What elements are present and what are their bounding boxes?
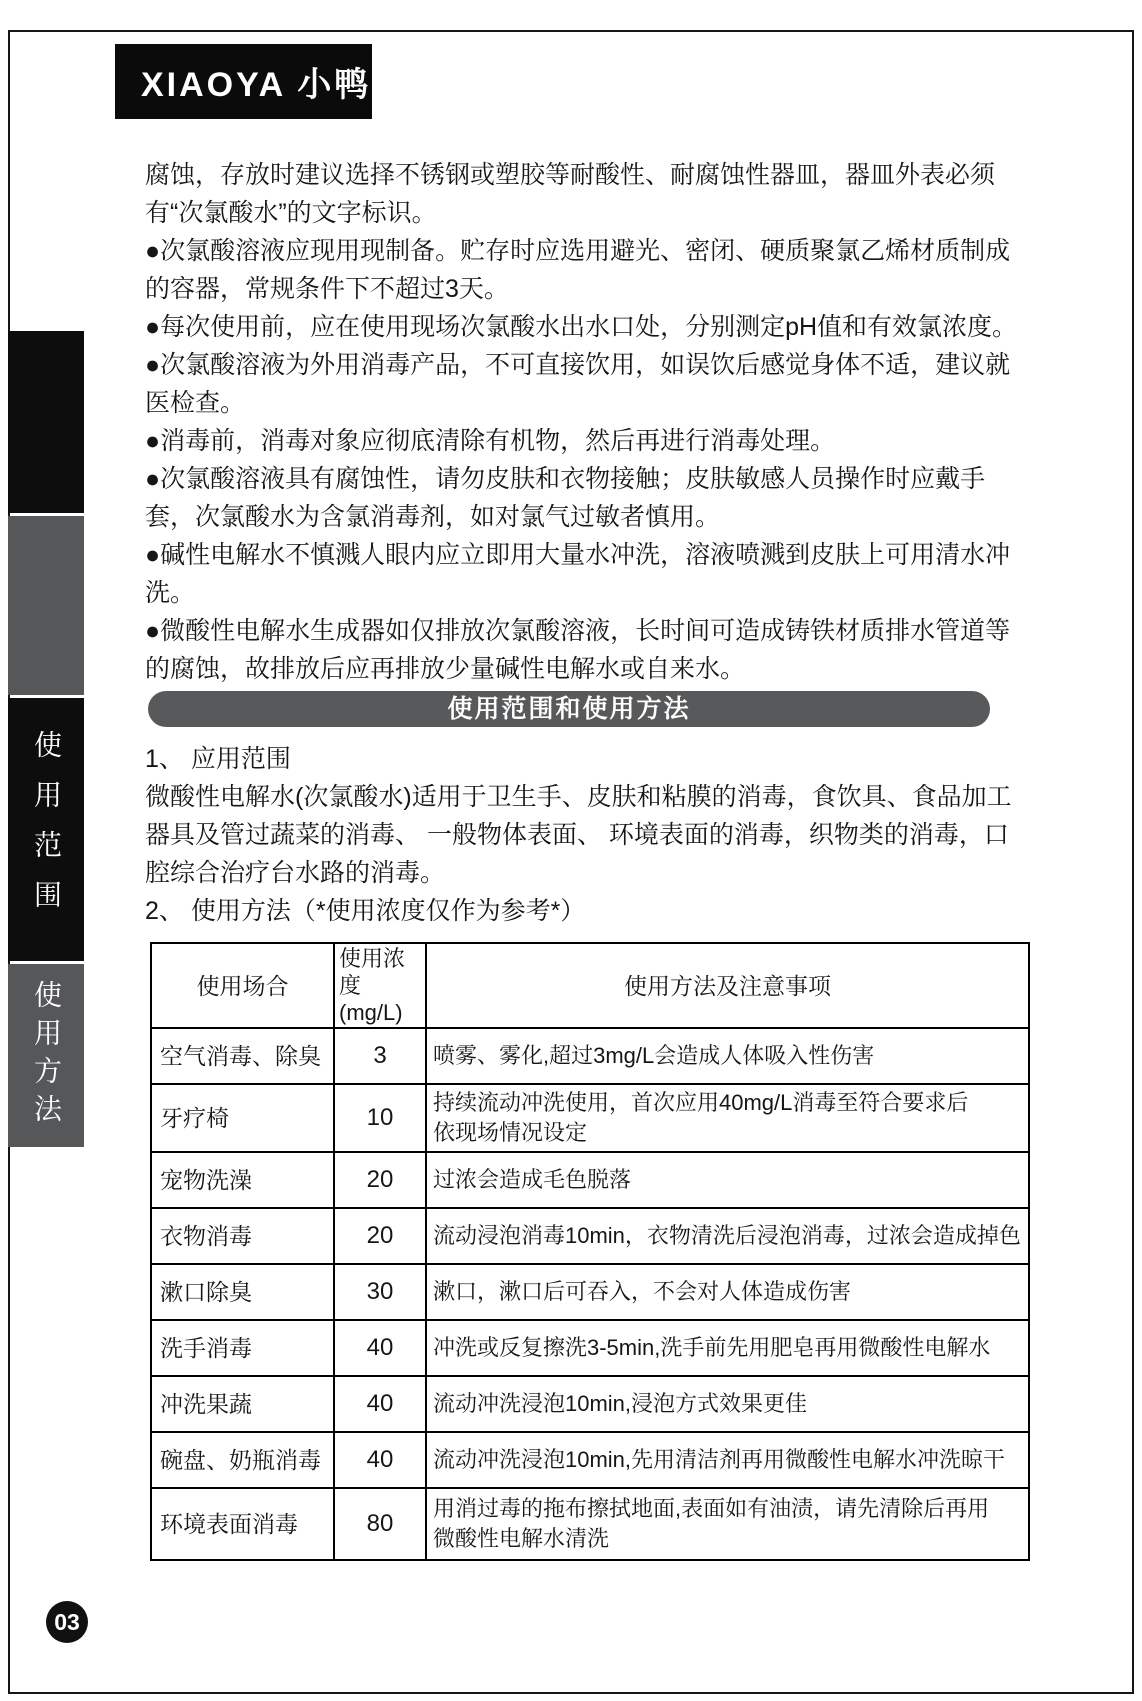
cell-instructions: 用消过毒的拖布擦拭地面,表面如有油渍，请先清除后再用 微酸性电解水清洗: [426, 1488, 1029, 1560]
cell-scene: 牙疗椅: [151, 1084, 334, 1152]
page-number-badge: 03: [46, 1601, 88, 1643]
cell-instructions: 过浓会造成毛色脱落: [426, 1152, 1029, 1208]
note-paragraph: ●次氯酸溶液为外用消毒产品，不可直接饮用，如误饮后感觉身体不适，建议就医检查。: [145, 346, 1029, 422]
cell-instructions: 流动冲洗浸泡10min,先用清洁剂再用微酸性电解水冲洗晾干: [426, 1432, 1029, 1488]
section-header-title: 使用范围和使用方法: [447, 690, 690, 728]
table-row: 空气消毒、除臭 3 喷雾、雾化,超过3mg/L会造成人体吸入性伤害: [151, 1028, 1029, 1084]
cell-concentration: 40: [334, 1376, 426, 1432]
table-row: 宠物洗澡 20 过浓会造成毛色脱落: [151, 1152, 1029, 1208]
table-row: 牙疗椅 10 持续流动冲洗使用，首次应用40mg/L消毒至符合要求后 依现场情况…: [151, 1084, 1029, 1152]
note-paragraph: ●次氯酸溶液具有腐蚀性，请勿皮肤和衣物接触；皮肤敏感人员操作时应戴手套，次氯酸水…: [145, 460, 1029, 536]
section-header-pill: 使用范围和使用方法: [148, 691, 990, 727]
note-paragraph: 腐蚀，存放时建议选择不锈钢或塑胶等耐酸性、耐腐蚀性器皿，器皿外表必须有“次氯酸水…: [145, 156, 1029, 232]
cell-instructions: 冲洗或反复擦洗3-5min,洗手前先用肥皂再用微酸性电解水: [426, 1320, 1029, 1376]
cell-scene: 空气消毒、除臭: [151, 1028, 334, 1084]
usage-method-title: 2、 使用方法（*使用浓度仅作为参考*）: [145, 892, 1029, 930]
cell-concentration: 30: [334, 1264, 426, 1320]
table-row: 冲洗果蔬 40 流动冲洗浸泡10min,浸泡方式效果更佳: [151, 1376, 1029, 1432]
table-row: 环境表面消毒 80 用消过毒的拖布擦拭地面,表面如有油渍，请先清除后再用 微酸性…: [151, 1488, 1029, 1560]
application-scope-body: 微酸性电解水(次氯酸水)适用于卫生手、皮肤和粘膜的消毒，食饮具、食品加工器具及管…: [145, 778, 1029, 892]
usage-table-header-instructions: 使用方法及注意事项: [426, 943, 1029, 1028]
usage-table-header-concentration: 使用浓度 (mg/L): [334, 943, 426, 1028]
table-row: 漱口除臭 30 漱口，漱口后可吞入，不会对人体造成伤害: [151, 1264, 1029, 1320]
cell-scene: 洗手消毒: [151, 1320, 334, 1376]
cell-concentration: 40: [334, 1432, 426, 1488]
sidebar-tab-usage-scope-label: 使用范围: [26, 730, 66, 930]
note-paragraph: ●每次使用前，应在使用现场次氯酸水出水口处，分别测定pH值和有效氯浓度。: [145, 308, 1029, 346]
sidebar-tab-usage-method: 使用方法: [8, 964, 84, 1147]
cell-concentration: 3: [334, 1028, 426, 1084]
cell-concentration: 10: [334, 1084, 426, 1152]
cell-scene: 衣物消毒: [151, 1208, 334, 1264]
page-content: 腐蚀，存放时建议选择不锈钢或塑胶等耐酸性、耐腐蚀性器皿，器皿外表必须有“次氯酸水…: [145, 156, 1029, 1561]
cell-scene: 宠物洗澡: [151, 1152, 334, 1208]
cell-concentration: 40: [334, 1320, 426, 1376]
manual-page: XIAOYA 小鸭 使用范围 使用方法 腐蚀，存放时建议选择不锈钢或塑胶等耐酸性…: [0, 0, 1142, 1701]
cell-instructions: 持续流动冲洗使用，首次应用40mg/L消毒至符合要求后 依现场情况设定: [426, 1084, 1029, 1152]
brand-logo: XIAOYA 小鸭: [115, 44, 372, 119]
cell-concentration: 20: [334, 1208, 426, 1264]
cell-instructions: 喷雾、雾化,超过3mg/L会造成人体吸入性伤害: [426, 1028, 1029, 1084]
note-paragraph: ●微酸性电解水生成器如仅排放次氯酸溶液，长时间可造成铸铁材质排水管道等的腐蚀，故…: [145, 612, 1029, 688]
cell-scene: 碗盘、奶瓶消毒: [151, 1432, 334, 1488]
table-row: 洗手消毒 40 冲洗或反复擦洗3-5min,洗手前先用肥皂再用微酸性电解水: [151, 1320, 1029, 1376]
brand-logo-text: XIAOYA 小鸭: [141, 57, 371, 106]
cell-concentration: 80: [334, 1488, 426, 1560]
cell-instructions: 流动冲洗浸泡10min,浸泡方式效果更佳: [426, 1376, 1029, 1432]
cell-instructions: 漱口，漱口后可吞入，不会对人体造成伤害: [426, 1264, 1029, 1320]
usage-table-header-scene: 使用场合: [151, 943, 334, 1028]
note-paragraph: ●碱性电解水不慎溅人眼内应立即用大量水冲洗，溶液喷溅到皮肤上可用清水冲洗。: [145, 536, 1029, 612]
usage-table-header-row: 使用场合 使用浓度 (mg/L) 使用方法及注意事项: [151, 943, 1029, 1028]
cell-concentration: 20: [334, 1152, 426, 1208]
application-scope-title: 1、 应用范围: [145, 740, 1029, 778]
table-row: 碗盘、奶瓶消毒 40 流动冲洗浸泡10min,先用清洁剂再用微酸性电解水冲洗晾干: [151, 1432, 1029, 1488]
sidebar-tab-usage-method-label: 使用方法: [26, 980, 66, 1132]
sidebar-tab-1: [8, 331, 84, 513]
sidebar-tab-2: [8, 516, 84, 695]
cell-scene: 漱口除臭: [151, 1264, 334, 1320]
note-paragraph: ●次氯酸溶液应现用现制备。贮存时应选用避光、密闭、硬质聚氯乙烯材质制成的容器，常…: [145, 232, 1029, 308]
cell-scene: 环境表面消毒: [151, 1488, 334, 1560]
usage-table: 使用场合 使用浓度 (mg/L) 使用方法及注意事项 空气消毒、除臭 3 喷雾、…: [150, 942, 1030, 1561]
cell-scene: 冲洗果蔬: [151, 1376, 334, 1432]
sidebar-tab-usage-scope: 使用范围: [8, 698, 84, 961]
note-paragraph: ●消毒前，消毒对象应彻底清除有机物，然后再进行消毒处理。: [145, 422, 1029, 460]
page-number: 03: [54, 1609, 80, 1636]
table-row: 衣物消毒 20 流动浸泡消毒10min，衣物清洗后浸泡消毒，过浓会造成掉色: [151, 1208, 1029, 1264]
cell-instructions: 流动浸泡消毒10min，衣物清洗后浸泡消毒，过浓会造成掉色: [426, 1208, 1029, 1264]
